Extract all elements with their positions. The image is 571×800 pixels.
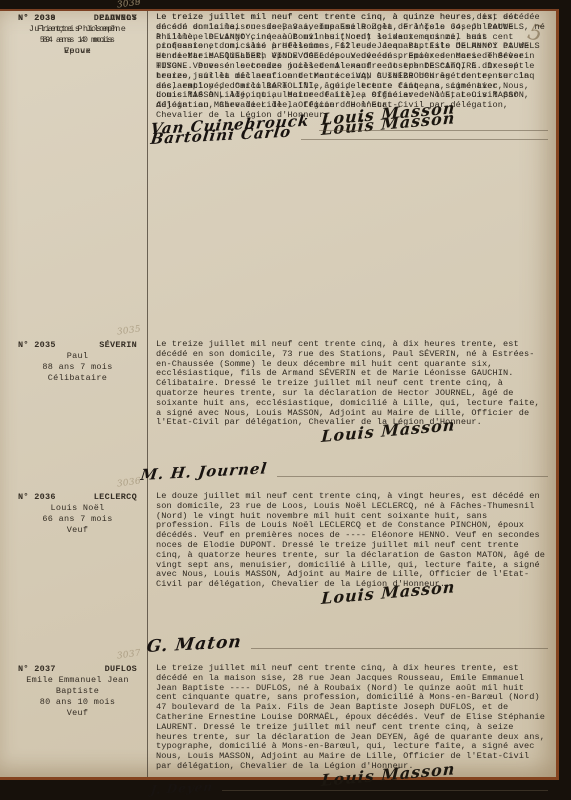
surname: SÉVERIN xyxy=(99,340,137,351)
margin-header: N° 2036 LECLERCQ xyxy=(18,492,137,503)
ruled-line xyxy=(319,129,548,131)
act-text: Le treize juillet mil neuf cent trente c… xyxy=(156,340,550,428)
margin-annotation: 3039 N° 2039 PAUWELS François Joseph 59 … xyxy=(0,11,147,144)
margin-header: N° 2037 DUFLOS xyxy=(18,664,137,675)
age: 59 ans 10 mois xyxy=(18,35,137,46)
marital-status: Veuf xyxy=(18,708,137,719)
margin-annotation: 3035 N° 2035 SÉVERIN Paul 88 ans 7 mois … xyxy=(0,338,147,490)
surname: LECLERCQ xyxy=(94,492,137,503)
margin-annotation: 3037 N° 2037 DUFLOS Emile Emmanuel Jean … xyxy=(0,662,147,774)
act-text: Le treize juillet mil neuf cent trente c… xyxy=(156,664,550,772)
death-record-entry: 3036 N° 2036 LECLERCQ Louis Noël 66 ans … xyxy=(0,490,550,662)
signature-row: Van Cuinebrouck xyxy=(156,125,550,135)
ruled-line xyxy=(277,475,548,477)
given-name: Emile Emmanuel Jean xyxy=(18,675,137,686)
given-name-continued: Baptiste xyxy=(18,686,137,697)
signature-row: G. Maton xyxy=(156,643,550,653)
act-number: N° 2036 xyxy=(18,492,56,503)
act-body: Le treize juillet mil neuf cent trente c… xyxy=(147,662,550,774)
act-number: N° 2035 xyxy=(18,340,56,351)
margin-annotation: 3036 N° 2036 LECLERCQ Louis Noël 66 ans … xyxy=(0,490,147,662)
act-body: Le douze juillet mil neuf cent trente ci… xyxy=(147,490,550,662)
signature-row: J. Deyen xyxy=(156,786,550,796)
declarant-signature: J. Deyen xyxy=(150,782,214,795)
pencil-number: 3039 xyxy=(116,0,141,12)
declarant-signature: M. H. Journel xyxy=(140,464,268,481)
surname: PAUWELS xyxy=(99,13,137,24)
marital-status: Epoux xyxy=(18,46,137,57)
act-number: N° 2037 xyxy=(18,664,56,675)
register-page: 5 3035 N° 2035 SÉVERIN Paul 88 ans 7 moi… xyxy=(0,9,559,780)
act-number: N° 2039 xyxy=(18,13,56,24)
ruled-line xyxy=(251,647,548,649)
act-text: Le treize juillet mil neuf cent trente c… xyxy=(156,13,550,111)
marital-status: Veuf xyxy=(18,525,137,536)
age: 66 ans 7 mois xyxy=(18,514,137,525)
ruled-line xyxy=(222,789,548,791)
age: 80 ans 10 mois xyxy=(18,697,137,708)
death-record-entry: 3035 N° 2035 SÉVERIN Paul 88 ans 7 mois … xyxy=(0,338,550,490)
declarant-signature: G. Maton xyxy=(146,638,242,653)
margin-header: N° 2035 SÉVERIN xyxy=(18,340,137,351)
signature-row: M. H. Journel xyxy=(156,471,550,481)
age: 88 ans 7 mois xyxy=(18,362,137,373)
act-body: Le treize juillet mil neuf cent trente c… xyxy=(147,338,550,490)
pencil-number: 3035 xyxy=(116,324,141,338)
declarant-signature: Van Cuinebrouck xyxy=(150,116,310,134)
act-body: Le treize juillet mil neuf cent trente c… xyxy=(147,11,550,144)
act-text: Le douze juillet mil neuf cent trente ci… xyxy=(156,492,550,590)
death-record-entry: 3039 N° 2039 PAUWELS François Joseph 59 … xyxy=(0,11,550,144)
given-name: François Joseph xyxy=(18,24,137,35)
marital-status: Célibataire xyxy=(18,373,137,384)
given-name: Paul xyxy=(18,351,137,362)
surname: DUFLOS xyxy=(105,664,137,675)
death-record-entry: 3037 N° 2037 DUFLOS Emile Emmanuel Jean … xyxy=(0,662,550,774)
margin-header: N° 2039 PAUWELS xyxy=(18,13,137,24)
given-name: Louis Noël xyxy=(18,503,137,514)
